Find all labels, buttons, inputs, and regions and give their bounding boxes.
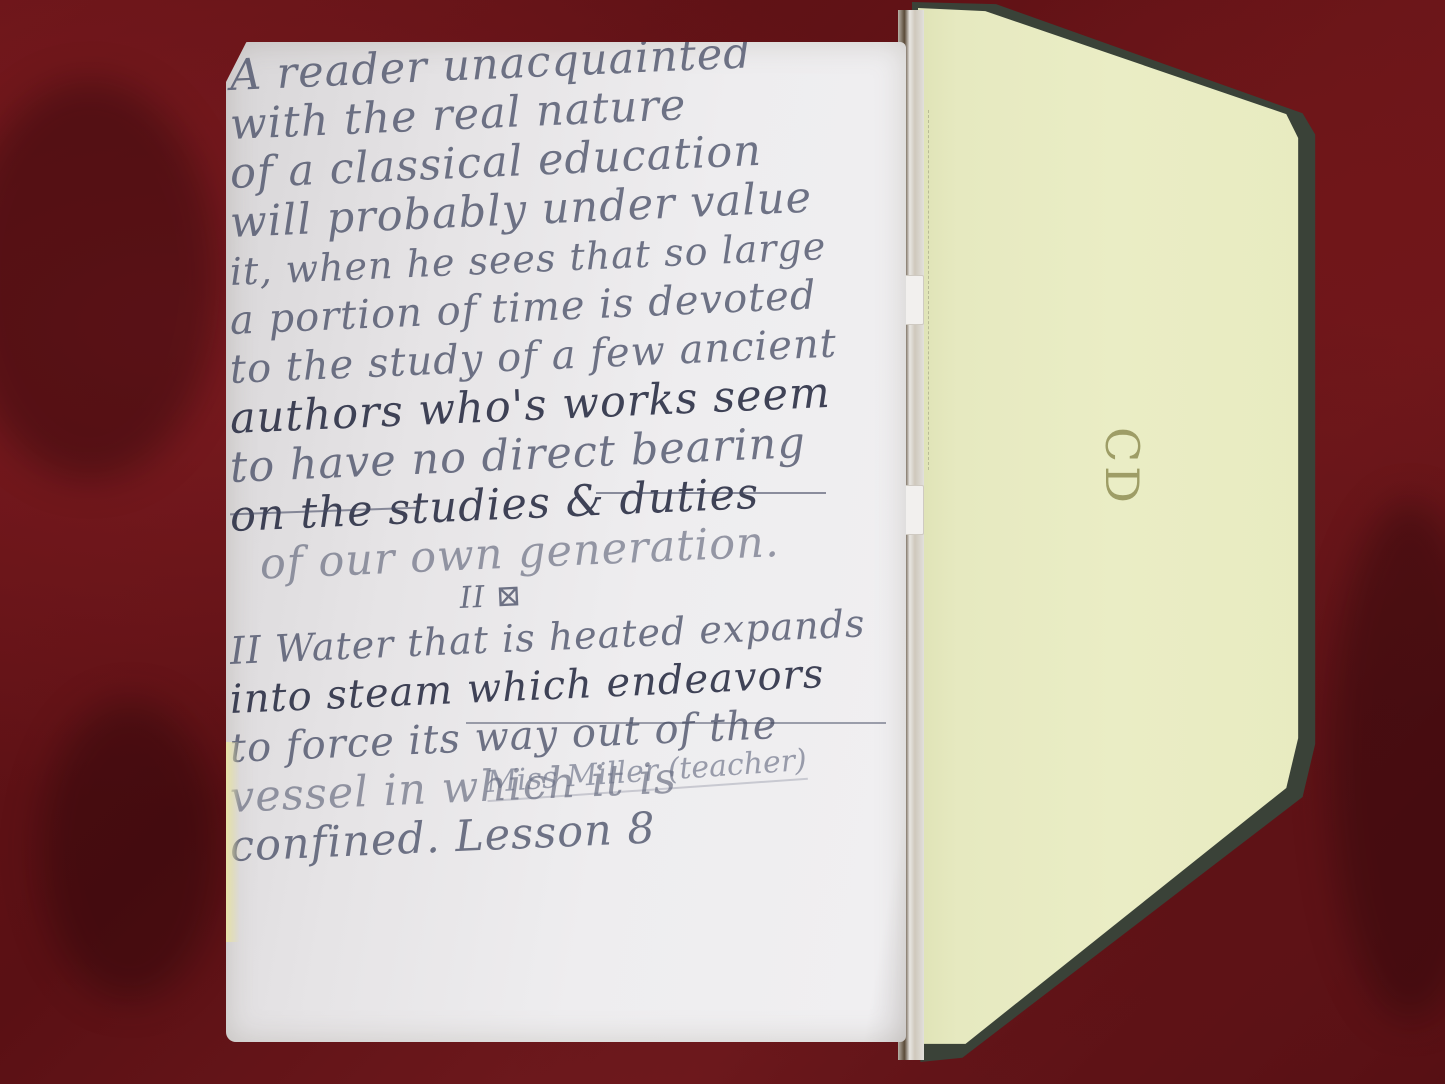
- faint-pencil-marks: [928, 110, 949, 470]
- underline: [466, 722, 886, 724]
- fabric-fold-shadow: [0, 80, 220, 480]
- notebook-left-page: A reader unacquainted with the real natu…: [226, 42, 906, 1042]
- stamp-mark: CD: [1095, 427, 1149, 507]
- fabric-fold-shadow: [40, 700, 220, 1000]
- fabric-fold-shadow: [1330, 500, 1445, 1020]
- notebook-right-page: [918, 8, 1314, 1048]
- underline: [596, 492, 826, 494]
